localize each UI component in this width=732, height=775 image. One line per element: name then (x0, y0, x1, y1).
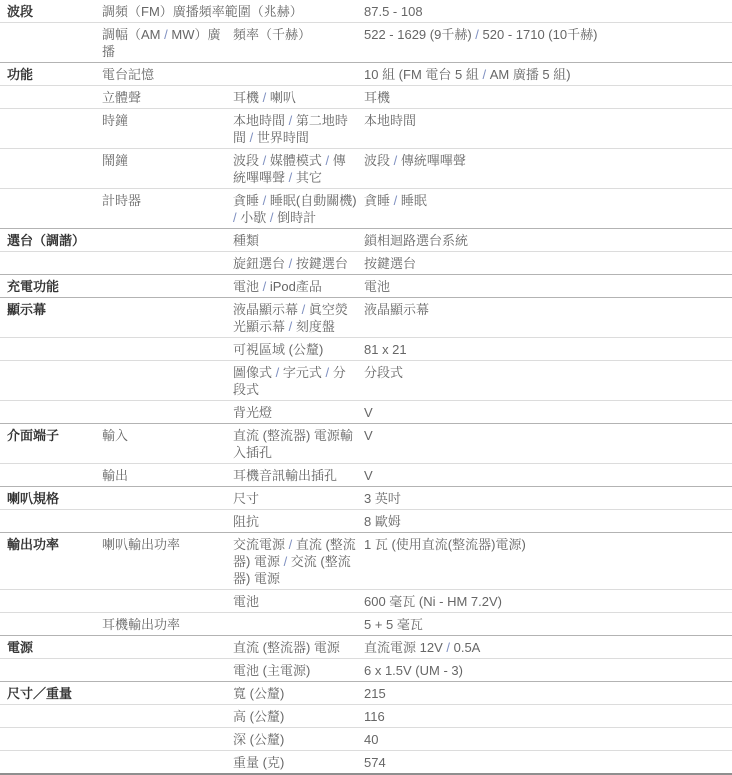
value-cell: V (357, 401, 732, 424)
value-cell: 574 (357, 751, 732, 775)
item-cell: 貪睡 / 睡眠(自動關機) / 小歇 / 倒時計 (226, 189, 357, 229)
item-cell: 背光燈 (226, 401, 357, 424)
category-cell: 功能 (0, 63, 95, 86)
item-cell: 旋鈕選台 / 按鍵選台 (226, 252, 357, 275)
value-cell: 波段 / 傳統嗶嗶聲 (357, 149, 732, 189)
spec-table-body: 波段調頻（FM）廣播頻率範圍（兆赫）87.5 - 108調幅（AM / MW）廣… (0, 0, 732, 774)
subcategory-cell (95, 275, 226, 298)
slash-separator: / (394, 153, 398, 168)
spec-row: 輸出耳機音訊輸出插孔V (0, 464, 732, 487)
spec-row: 可視區域 (公釐)81 x 21 (0, 338, 732, 361)
category-cell (0, 252, 95, 275)
category-cell (0, 86, 95, 109)
subcategory-cell (95, 361, 226, 401)
value-cell: 215 (357, 682, 732, 705)
subcategory-cell: 計時器 (95, 189, 226, 229)
category-cell (0, 109, 95, 149)
value-cell: 本地時間 (357, 109, 732, 149)
spec-row: 圖像式 / 字元式 / 分段式分段式 (0, 361, 732, 401)
slash-separator: / (233, 210, 237, 225)
subcategory-cell: 立體聲 (95, 86, 226, 109)
category-cell: 輸出功率 (0, 533, 95, 590)
slash-separator: / (394, 193, 398, 208)
item-cell: 種類 (226, 229, 357, 252)
spec-row: 電源直流 (整流器) 電源直流電源 12V / 0.5A (0, 636, 732, 659)
item-cell: 直流 (整流器) 電源 (226, 636, 357, 659)
spec-table: 波段調頻（FM）廣播頻率範圍（兆赫）87.5 - 108調幅（AM / MW）廣… (0, 0, 732, 775)
item-cell-wide: 調頻（FM）廣播頻率範圍（兆赫） (95, 0, 357, 23)
subcategory-cell (95, 401, 226, 424)
category-cell (0, 464, 95, 487)
slash-separator: / (325, 153, 329, 168)
spec-row: 背光燈V (0, 401, 732, 424)
spec-row: 輸出功率喇叭輸出功率交流電源 / 直流 (整流器) 電源 / 交流 (整流器) … (0, 533, 732, 590)
slash-separator: / (289, 319, 293, 334)
subcategory-cell (95, 636, 226, 659)
value-cell: 液晶顯示幕 (357, 298, 732, 338)
spec-row: 選台（調諧）種類鎖相迴路選台系統 (0, 229, 732, 252)
category-cell (0, 149, 95, 189)
value-cell: 10 組 (FM 電台 5 組 / AM 廣播 5 組) (357, 63, 732, 86)
slash-separator: / (325, 365, 329, 380)
category-cell (0, 590, 95, 613)
value-cell: 8 歐姆 (357, 510, 732, 533)
subcategory-cell (95, 682, 226, 705)
category-cell: 電源 (0, 636, 95, 659)
slash-separator: / (263, 90, 267, 105)
category-cell: 介面端子 (0, 424, 95, 464)
spec-row: 計時器貪睡 / 睡眠(自動關機) / 小歇 / 倒時計貪睡 / 睡眠 (0, 189, 732, 229)
slash-separator: / (302, 302, 306, 317)
spec-row: 深 (公釐)40 (0, 728, 732, 751)
subcategory-cell (95, 751, 226, 775)
item-cell: 深 (公釐) (226, 728, 357, 751)
spec-row: 耳機輸出功率5 + 5 毫瓦 (0, 613, 732, 636)
value-cell: 按鍵選台 (357, 252, 732, 275)
value-cell: 116 (357, 705, 732, 728)
item-cell-wide: 電台記憶 (95, 63, 357, 86)
value-cell: 分段式 (357, 361, 732, 401)
category-cell: 選台（調諧） (0, 229, 95, 252)
slash-separator: / (289, 170, 293, 185)
item-cell: 耳機 / 喇叭 (226, 86, 357, 109)
item-cell: 寬 (公釐) (226, 682, 357, 705)
category-cell: 喇叭規格 (0, 487, 95, 510)
spec-row: 充電功能電池 / iPod產品電池 (0, 275, 732, 298)
spec-row: 功能電台記憶10 組 (FM 電台 5 組 / AM 廣播 5 組) (0, 63, 732, 86)
item-cell: 交流電源 / 直流 (整流器) 電源 / 交流 (整流器) 電源 (226, 533, 357, 590)
subcategory-cell (95, 487, 226, 510)
item-cell (226, 613, 357, 636)
slash-separator: / (250, 130, 254, 145)
item-cell: 尺寸 (226, 487, 357, 510)
value-cell: 鎖相迴路選台系統 (357, 229, 732, 252)
item-cell: 高 (公釐) (226, 705, 357, 728)
category-cell (0, 751, 95, 775)
category-cell (0, 728, 95, 751)
subcategory-cell: 輸出 (95, 464, 226, 487)
subcategory-cell (95, 229, 226, 252)
value-cell: 直流電源 12V / 0.5A (357, 636, 732, 659)
spec-row: 旋鈕選台 / 按鍵選台按鍵選台 (0, 252, 732, 275)
slash-separator: / (289, 256, 293, 271)
value-cell: 6 x 1.5V (UM - 3) (357, 659, 732, 682)
subcategory-cell (95, 728, 226, 751)
item-cell: 本地時間 / 第二地時間 / 世界時間 (226, 109, 357, 149)
slash-separator: / (446, 640, 450, 655)
category-cell (0, 23, 95, 63)
slash-separator: / (263, 153, 267, 168)
item-cell: 頻率（千赫） (226, 23, 357, 63)
subcategory-cell (95, 338, 226, 361)
value-cell: V (357, 424, 732, 464)
slash-separator: / (263, 279, 267, 294)
subcategory-cell: 耳機輸出功率 (95, 613, 226, 636)
category-cell (0, 613, 95, 636)
subcategory-cell: 輸入 (95, 424, 226, 464)
category-cell (0, 361, 95, 401)
category-cell (0, 659, 95, 682)
spec-row: 立體聲耳機 / 喇叭耳機 (0, 86, 732, 109)
subcategory-cell (95, 659, 226, 682)
category-cell (0, 338, 95, 361)
category-cell: 尺寸／重量 (0, 682, 95, 705)
spec-row: 波段調頻（FM）廣播頻率範圍（兆赫）87.5 - 108 (0, 0, 732, 23)
spec-row: 阻抗8 歐姆 (0, 510, 732, 533)
value-cell: 600 毫瓦 (Ni - HM 7.2V) (357, 590, 732, 613)
spec-row: 重量 (克)574 (0, 751, 732, 775)
category-cell: 顯示幕 (0, 298, 95, 338)
spec-row: 高 (公釐)116 (0, 705, 732, 728)
spec-row: 電池600 毫瓦 (Ni - HM 7.2V) (0, 590, 732, 613)
slash-separator: / (263, 193, 267, 208)
subcategory-cell (95, 510, 226, 533)
category-cell: 波段 (0, 0, 95, 23)
item-cell: 圖像式 / 字元式 / 分段式 (226, 361, 357, 401)
category-cell: 充電功能 (0, 275, 95, 298)
value-cell: V (357, 464, 732, 487)
subcategory-cell: 喇叭輸出功率 (95, 533, 226, 590)
spec-row: 時鐘本地時間 / 第二地時間 / 世界時間本地時間 (0, 109, 732, 149)
item-cell: 電池 / iPod產品 (226, 275, 357, 298)
item-cell: 重量 (克) (226, 751, 357, 775)
slash-separator: / (289, 537, 293, 552)
value-cell: 40 (357, 728, 732, 751)
spec-row: 鬧鐘波段 / 媒體模式 / 傳統嗶嗶聲 / 其它波段 / 傳統嗶嗶聲 (0, 149, 732, 189)
value-cell: 貪睡 / 睡眠 (357, 189, 732, 229)
slash-separator: / (482, 67, 486, 82)
spec-row: 介面端子輸入直流 (整流器) 電源輸入插孔V (0, 424, 732, 464)
item-cell: 耳機音訊輸出插孔 (226, 464, 357, 487)
item-cell: 波段 / 媒體模式 / 傳統嗶嗶聲 / 其它 (226, 149, 357, 189)
value-cell: 3 英吋 (357, 487, 732, 510)
category-cell (0, 401, 95, 424)
slash-separator: / (164, 27, 168, 42)
item-cell: 電池 (主電源) (226, 659, 357, 682)
spec-row: 顯示幕液晶顯示幕 / 眞空熒光顯示幕 / 刻度盤液晶顯示幕 (0, 298, 732, 338)
item-cell: 電池 (226, 590, 357, 613)
category-cell (0, 510, 95, 533)
subcategory-cell: 調幅（AM / MW）廣播 (95, 23, 226, 63)
spec-row: 電池 (主電源)6 x 1.5V (UM - 3) (0, 659, 732, 682)
item-cell: 液晶顯示幕 / 眞空熒光顯示幕 / 刻度盤 (226, 298, 357, 338)
subcategory-cell (95, 705, 226, 728)
value-cell: 1 瓦 (使用直流(整流器)電源) (357, 533, 732, 590)
subcategory-cell (95, 252, 226, 275)
subcategory-cell (95, 298, 226, 338)
value-cell: 5 + 5 毫瓦 (357, 613, 732, 636)
slash-separator: / (284, 554, 288, 569)
slash-separator: / (270, 210, 274, 225)
slash-separator: / (276, 365, 280, 380)
spec-row: 尺寸／重量寬 (公釐)215 (0, 682, 732, 705)
value-cell: 耳機 (357, 86, 732, 109)
subcategory-cell: 時鐘 (95, 109, 226, 149)
slash-separator: / (289, 113, 293, 128)
category-cell (0, 189, 95, 229)
slash-separator: / (475, 27, 479, 42)
item-cell: 直流 (整流器) 電源輸入插孔 (226, 424, 357, 464)
value-cell: 81 x 21 (357, 338, 732, 361)
subcategory-cell: 鬧鐘 (95, 149, 226, 189)
item-cell: 可視區域 (公釐) (226, 338, 357, 361)
value-cell: 電池 (357, 275, 732, 298)
value-cell: 87.5 - 108 (357, 0, 732, 23)
spec-row: 調幅（AM / MW）廣播頻率（千赫）522 - 1629 (9千赫) / 52… (0, 23, 732, 63)
subcategory-cell (95, 590, 226, 613)
category-cell (0, 705, 95, 728)
spec-row: 喇叭規格尺寸3 英吋 (0, 487, 732, 510)
item-cell: 阻抗 (226, 510, 357, 533)
value-cell: 522 - 1629 (9千赫) / 520 - 1710 (10千赫) (357, 23, 732, 63)
